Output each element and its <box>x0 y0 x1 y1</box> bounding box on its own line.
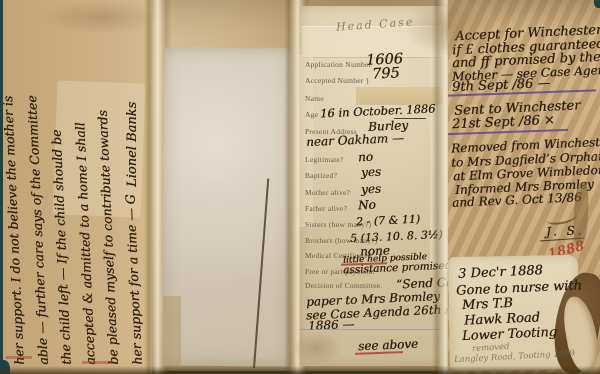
blank-sheet <box>162 48 292 367</box>
form-label: Decision of Committee. <box>305 281 382 290</box>
stain <box>40 0 160 34</box>
bottom-edge-shadow <box>0 366 600 374</box>
form-label: Accepted Number } <box>305 76 370 85</box>
stain <box>292 330 342 366</box>
form-value: 795 <box>372 65 400 82</box>
sheet-margin-shadow <box>163 296 181 366</box>
form-value: yes <box>361 182 382 197</box>
form-value: No <box>358 198 376 213</box>
document-photo: her support. I do not believe the mother… <box>0 0 600 374</box>
note-line: Mrs T.B <box>462 296 513 313</box>
form-label: Baptized? <box>305 171 337 180</box>
backdrop-sliver <box>0 0 3 374</box>
form-label: Legitimate? <box>305 155 344 164</box>
form-label: Father alive? <box>305 204 347 213</box>
form-value: no <box>358 150 374 165</box>
red-check-mark <box>82 361 112 364</box>
form-label: Name <box>305 94 324 103</box>
backdrop-sliver <box>594 0 600 8</box>
form-label: Age <box>305 110 318 119</box>
stain <box>404 0 494 56</box>
form-label: Mother alive? <box>305 188 350 197</box>
form-value: 2 - (7 & 11) <box>356 213 421 229</box>
form-label: Application Number <box>305 60 371 69</box>
letter-signature: Lionel Banks <box>125 53 145 187</box>
form-value: yes <box>361 165 382 180</box>
red-check-mark <box>6 356 32 359</box>
